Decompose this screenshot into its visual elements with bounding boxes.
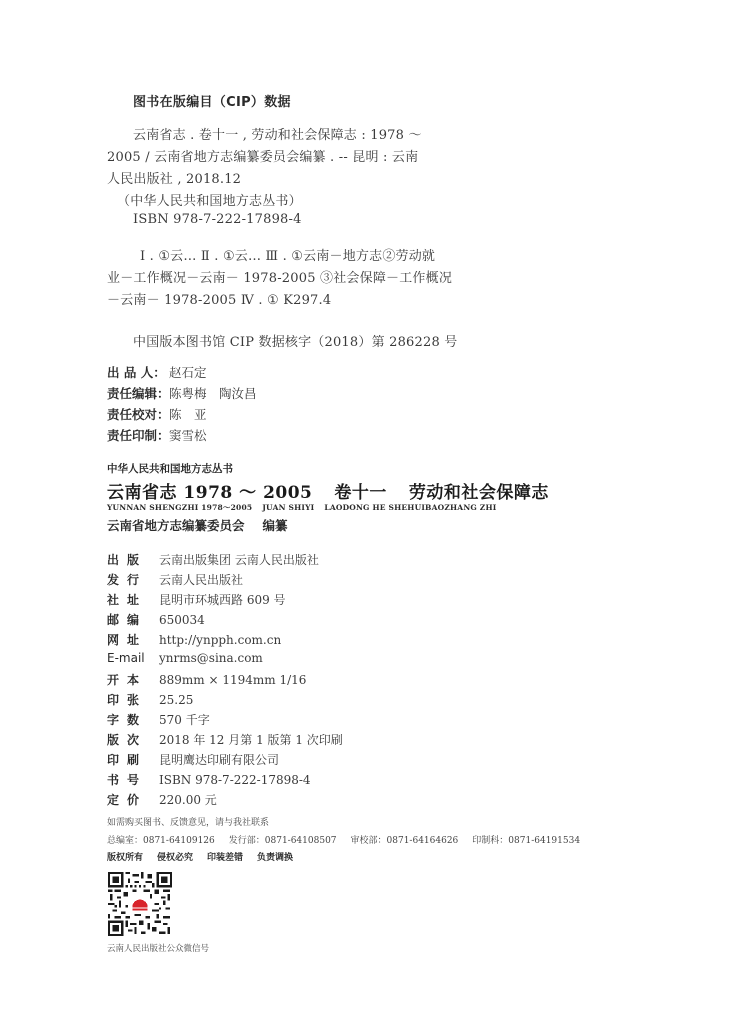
qr-code-icon[interactable] — [108, 872, 172, 936]
colophon-row: 版次2018 年 12 月第 1 版第 1 次印刷 — [107, 731, 343, 748]
colophon-row: 邮编650034 — [107, 611, 205, 628]
colophon-value: ISBN 978-7-222-17898-4 — [159, 773, 311, 787]
cip-number: 中国版本图书馆 CIP 数据核字（2018）第 286228 号 — [133, 331, 457, 350]
colophon-row: 书号ISBN 978-7-222-17898-4 — [107, 771, 311, 788]
contact-intro: 如需购买图书、反馈意见，请与我社联系 — [107, 815, 269, 828]
colophon-value: 昆明鹰达印刷有限公司 — [159, 751, 279, 768]
credit-value: 陈 亚 — [169, 405, 207, 423]
book-title: 云南省志 1978 ～ 2005卷十一劳动和社会保障志 — [107, 478, 571, 503]
colophon-label: E-mail — [107, 651, 159, 665]
colophon-row: E-mailynrms@sina.com — [107, 651, 263, 665]
cip-line: 人民出版社 , 2018.12 — [107, 168, 241, 187]
credit-row-editor: 责任编辑：陈粤梅 陶汝昌 — [107, 384, 257, 402]
compiler-name: 云南省地方志编纂委员会 — [107, 518, 245, 533]
rights-item: 印装差错 — [207, 853, 243, 863]
cip-heading: 图书在版编目（CIP）数据 — [133, 91, 291, 110]
rights-item: 侵权必究 — [157, 853, 193, 863]
cip-series-line: （中华人民共和国地方志丛书） — [117, 190, 302, 209]
credit-row-printing: 责任印制：窦雪松 — [107, 426, 207, 444]
credit-label: 责任校对： — [107, 405, 169, 423]
colophon-label: 书号 — [107, 771, 159, 788]
cip-classification-line: 业－工作概况－云南－ 1978-2005 ③社会保障－工作概况 — [107, 267, 452, 286]
rights-item: 版权所有 — [107, 853, 143, 863]
compiler: 云南省地方志编纂委员会编纂 — [107, 516, 288, 534]
colophon-label: 发行 — [107, 571, 159, 588]
credit-label: 出 品 人： — [107, 363, 169, 381]
credit-value: 陈粤梅 陶汝昌 — [169, 384, 257, 402]
colophon-row: 印刷昆明鹰达印刷有限公司 — [107, 751, 279, 768]
colophon-label: 印张 — [107, 691, 159, 708]
phone-printing: 印制科：0871-64191534 — [472, 836, 580, 846]
colophon-value: 昆明市环城西路 609 号 — [159, 591, 286, 608]
phone-review: 审校部：0871-64164626 — [351, 836, 459, 846]
colophon-row: 社址昆明市环城西路 609 号 — [107, 591, 286, 608]
colophon-row: 出版云南出版集团 云南人民出版社 — [107, 551, 319, 568]
website-link[interactable]: http://ynpph.com.cn — [159, 633, 281, 647]
cip-isbn: ISBN 978-7-222-17898-4 — [133, 212, 302, 227]
colophon-label: 网址 — [107, 631, 159, 648]
series-name: 中华人民共和国地方志丛书 — [107, 461, 233, 476]
colophon-value: 云南出版集团 云南人民出版社 — [159, 551, 319, 568]
rights-item: 负责调换 — [257, 853, 293, 863]
compiler-role: 编纂 — [263, 518, 288, 533]
qr-caption: 云南人民出版社公众微信号 — [107, 942, 209, 954]
title-part: 云南省志 1978 ～ 2005 — [107, 483, 312, 503]
colophon-value: 云南人民出版社 — [159, 571, 243, 588]
cip-line: 云南省志 . 卷十一 , 劳动和社会保障志 : 1978 ～ — [133, 124, 422, 143]
colophon-row: 字数570 千字 — [107, 711, 210, 728]
colophon-label: 社址 — [107, 591, 159, 608]
pinyin-title: YUNNAN SHENGZHI 1978～2005JUAN SHIYILAODO… — [107, 502, 506, 513]
credit-row-proofreader: 责任校对：陈 亚 — [107, 405, 207, 423]
credit-label: 责任印制： — [107, 426, 169, 444]
pinyin-part: YUNNAN SHENGZHI 1978～2005 — [107, 503, 252, 512]
title-part: 卷十一 — [334, 483, 387, 503]
colophon-label: 版次 — [107, 731, 159, 748]
contact-phones: 总编室：0871-64109126发行部：0871-64108507审校部：08… — [107, 833, 594, 846]
colophon-label: 邮编 — [107, 611, 159, 628]
colophon-value: 25.25 — [159, 693, 193, 707]
pinyin-part: JUAN SHIYI — [262, 503, 314, 512]
credit-value: 窦雪松 — [169, 426, 207, 444]
rights-notice: 版权所有侵权必究印装差错负责调换 — [107, 850, 307, 863]
credit-value: 赵石定 — [169, 363, 207, 381]
colophon-label: 出版 — [107, 551, 159, 568]
phone-editorial: 总编室：0871-64109126 — [107, 836, 215, 846]
colophon-value: 650034 — [159, 613, 205, 627]
qr-code-graphic — [108, 872, 172, 936]
colophon-label: 字数 — [107, 711, 159, 728]
colophon-value: 570 千字 — [159, 711, 210, 728]
cip-classification-line: －云南－ 1978-2005 Ⅳ . ① K297.4 — [107, 289, 331, 308]
colophon-row: 开本889mm × 1194mm 1/16 — [107, 671, 306, 688]
colophon-value: 220.00 元 — [159, 791, 217, 808]
credit-label: 责任编辑： — [107, 384, 169, 402]
cip-classification-line: Ⅰ . ①云… Ⅱ . ①云… Ⅲ . ①云南－地方志②劳动就 — [140, 245, 435, 264]
colophon-row: 印张25.25 — [107, 691, 193, 708]
phone-distribution: 发行部：0871-64108507 — [229, 836, 337, 846]
colophon-value: 2018 年 12 月第 1 版第 1 次印刷 — [159, 731, 343, 748]
cip-line: 2005 / 云南省地方志编纂委员会编纂 . -- 昆明 : 云南 — [107, 146, 418, 165]
colophon-label: 定价 — [107, 791, 159, 808]
colophon-row: 定价220.00 元 — [107, 791, 217, 808]
title-part: 劳动和社会保障志 — [409, 483, 549, 503]
pinyin-part: LAODONG HE SHEHUIBAOZHANG ZHI — [324, 503, 496, 512]
colophon-row: 网址http://ynpph.com.cn — [107, 631, 281, 648]
colophon-value: 889mm × 1194mm 1/16 — [159, 673, 306, 687]
email-link[interactable]: ynrms@sina.com — [159, 651, 263, 665]
colophon-label: 开本 — [107, 671, 159, 688]
credit-row-publisher: 出 品 人：赵石定 — [107, 363, 207, 381]
colophon-row: 发行云南人民出版社 — [107, 571, 243, 588]
colophon-label: 印刷 — [107, 751, 159, 768]
